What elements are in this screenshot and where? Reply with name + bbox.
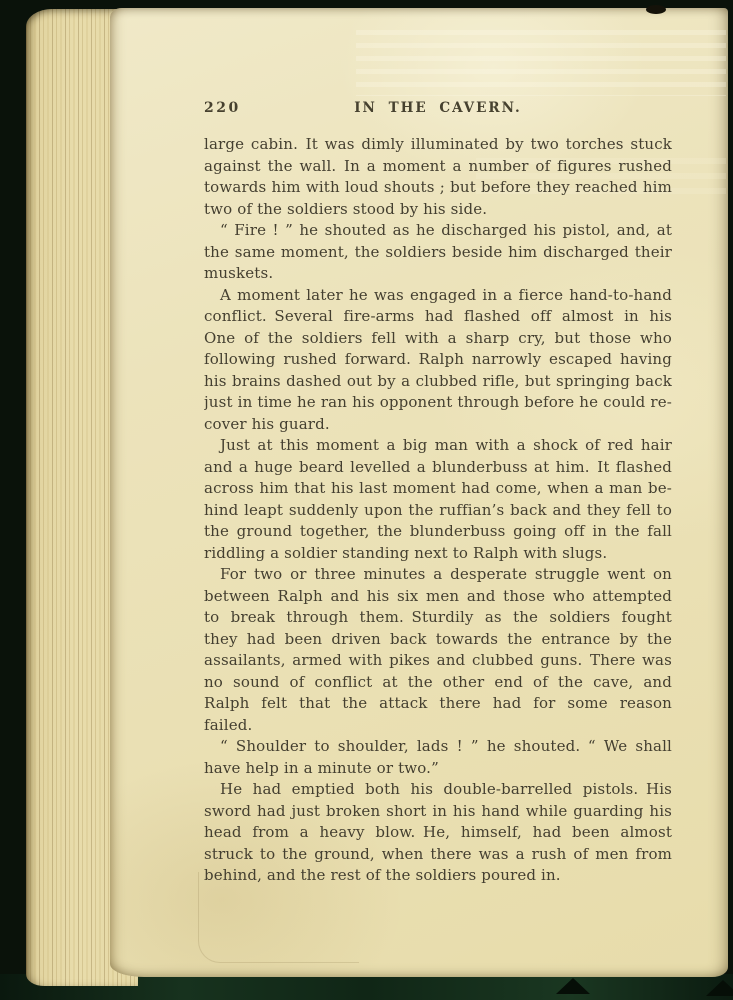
text-line: head from a heavy blow. He, himself, had…: [204, 822, 672, 844]
text-line: assailants, armed with pikes and clubbed…: [204, 650, 672, 672]
text-line: hind leapt suddenly upon the ruffian’s b…: [204, 500, 672, 522]
text-line: riddling a soldier standing next to Ralp…: [204, 543, 672, 565]
text-line: cover his guard.: [204, 414, 672, 436]
page-header: 220 IN THE CAVERN.: [204, 100, 672, 118]
text-line: no sound of conflict at the other end of…: [204, 672, 672, 694]
text-line: struck to the ground, when there was a r…: [204, 844, 672, 866]
text-line: Just at this moment a big man with a sho…: [204, 435, 672, 457]
text-line: and a huge beard levelled a blunderbuss …: [204, 457, 672, 479]
text-line: One of the soldiers fell with a sharp cr…: [204, 328, 672, 350]
book-page: 220 IN THE CAVERN. large cabin. It was d…: [110, 8, 728, 977]
paragraph: For two or three minutes a desperate str…: [204, 564, 672, 736]
text-line: towards him with loud shouts ; but befor…: [204, 177, 672, 199]
text-line: against the wall. In a moment a number o…: [204, 156, 672, 178]
paragraph: A moment later he was engaged in a fierc…: [204, 285, 672, 436]
text-line: conflict. Several fire-arms had flashed …: [204, 306, 672, 328]
text-line: sword had just broken short in his hand …: [204, 801, 672, 823]
text-line: large cabin. It was dimly illuminated by…: [204, 134, 672, 156]
text-line: For two or three minutes a desperate str…: [204, 564, 672, 586]
paragraph: large cabin. It was dimly illuminated by…: [204, 134, 672, 220]
text-line: to break through them. Sturdily as the s…: [204, 607, 672, 629]
text-line: the ground together, the blunderbuss goi…: [204, 521, 672, 543]
text-line: across him that his last moment had come…: [204, 478, 672, 500]
text-line: the same moment, the soldiers beside him…: [204, 242, 672, 264]
text-line: his brains dashed out by a clubbed rifle…: [204, 371, 672, 393]
text-line: “ Fire ! ” he shouted as he discharged h…: [204, 220, 672, 242]
paragraph: He had emptied both his double-barrelled…: [204, 779, 672, 887]
running-title: IN THE CAVERN.: [204, 100, 672, 116]
text-line: failed.: [204, 715, 672, 737]
text-line: muskets.: [204, 263, 672, 285]
paragraph: Just at this moment a big man with a sho…: [204, 435, 672, 564]
page-text: large cabin. It was dimly illuminated by…: [204, 134, 672, 887]
text-line: “ Shoulder to shoulder, lads ! ” he shou…: [204, 736, 672, 758]
text-line: following rushed forward. Ralph narrowly…: [204, 349, 672, 371]
text-line: A moment later he was engaged in a fierc…: [204, 285, 672, 307]
text-line: between Ralph and his six men and those …: [204, 586, 672, 608]
text-line: just in time he ran his opponent through…: [204, 392, 672, 414]
text-line: behind, and the rest of the soldiers pou…: [204, 865, 672, 887]
page-gap-shadow: [646, 5, 666, 14]
paragraph: “ Fire ! ” he shouted as he discharged h…: [204, 220, 672, 285]
text-line: two of the soldiers stood by his side.: [204, 199, 672, 221]
text-line: Ralph felt that the attack there had for…: [204, 693, 672, 715]
paper-streaks: [356, 30, 726, 96]
text-line: they had been driven back towards the en…: [204, 629, 672, 651]
book-scan-scene: 220 IN THE CAVERN. large cabin. It was d…: [0, 0, 733, 1000]
text-line: He had emptied both his double-barrelled…: [204, 779, 672, 801]
paragraph: “ Shoulder to shoulder, lads ! ” he shou…: [204, 736, 672, 779]
text-line: have help in a minute or two.”: [204, 758, 672, 780]
